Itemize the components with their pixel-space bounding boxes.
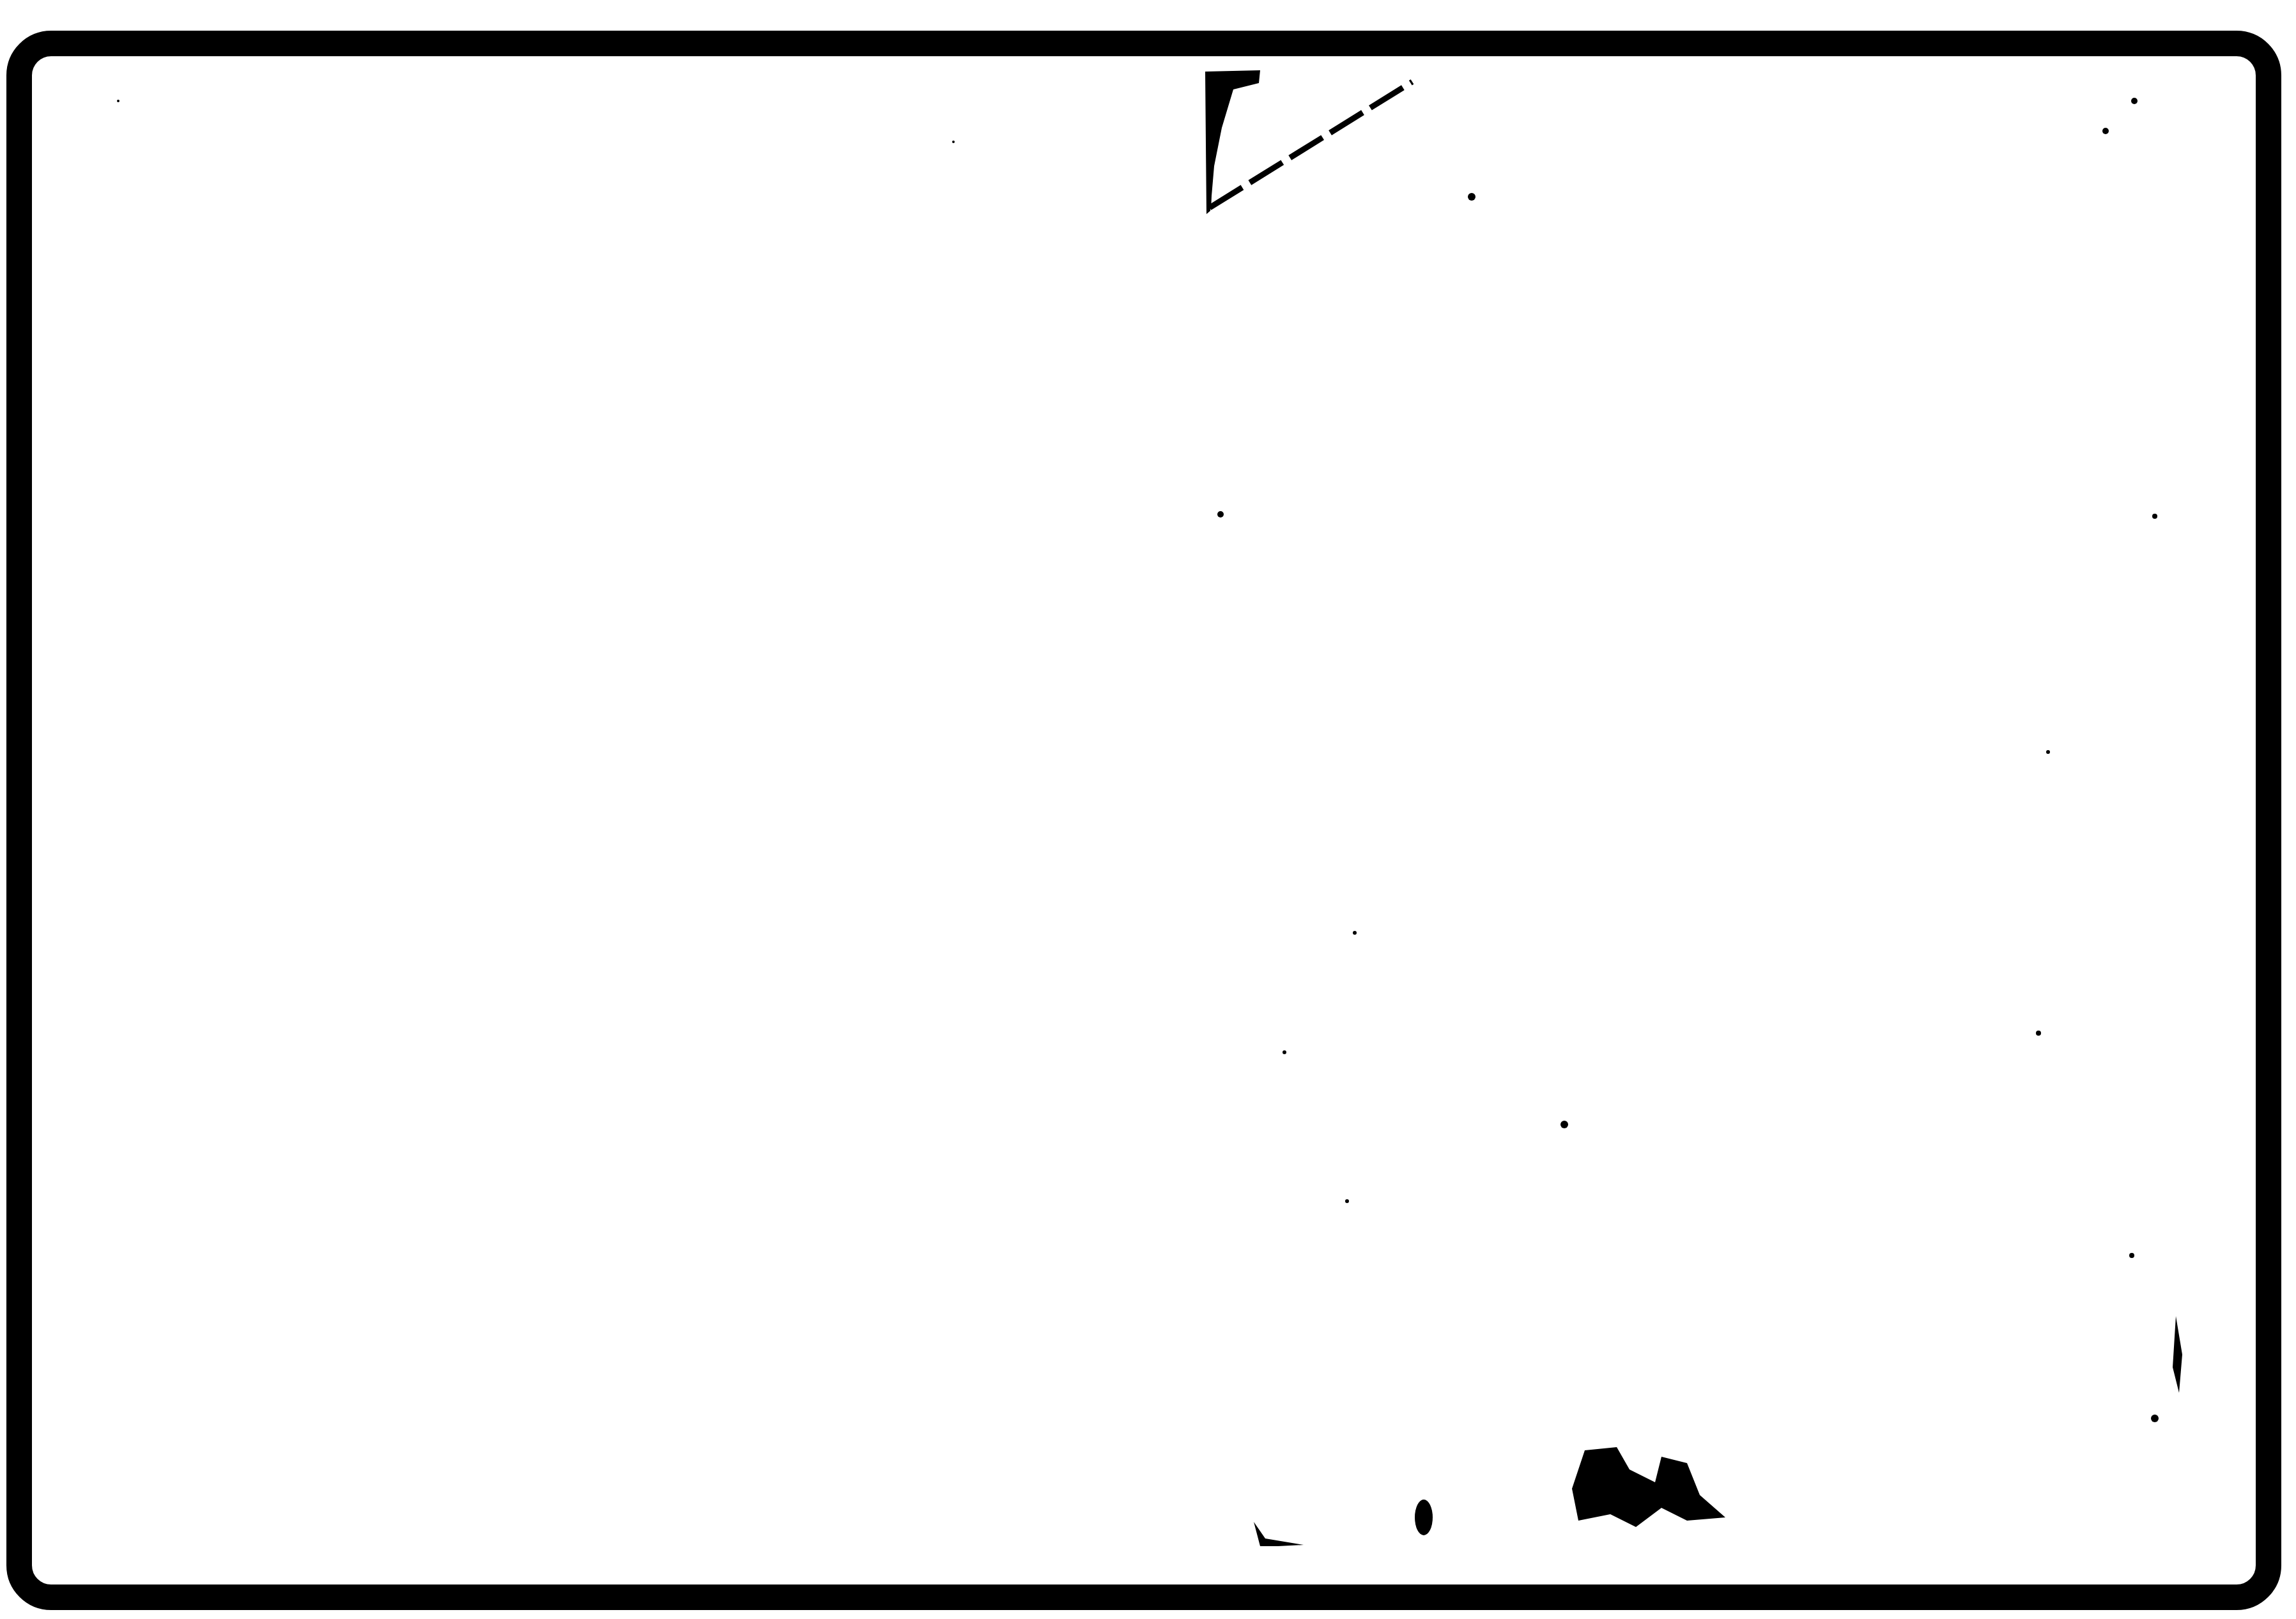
scan-border: [6, 31, 2281, 1610]
blank-page: [32, 56, 2256, 1584]
